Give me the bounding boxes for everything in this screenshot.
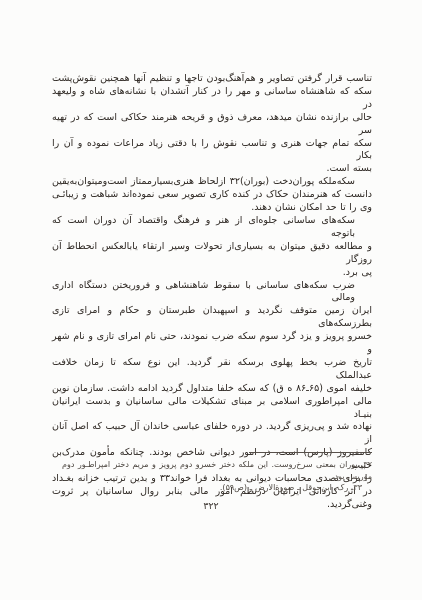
text-line: ۳۲ـ بوران بمعنی سرخ‌روست. این ملکه دختر …: [62, 459, 372, 471]
paragraph: سکه‌های ساسانی جلوه‌ای از هنر و فرهنگ وا…: [52, 215, 372, 280]
footnote-separator: [249, 452, 372, 453]
page-number: ۳۲۲: [0, 501, 422, 512]
text-line: سکه‌های ساسانی جلوه‌ای از هنر و فرهنگ وا…: [52, 215, 372, 241]
text-line: سکه‌ملکه پوران‌دخت (بوران)۳۲ ازلحاظ هنری…: [52, 176, 372, 189]
text-line: ۳۳ـ رک. ابن‌حوقل ـ صورةالارض ـ (ص‌۵۹).: [62, 482, 372, 494]
text-line: مالی امپراطوری اسلامی بر مبنای تشکیلات م…: [52, 396, 372, 422]
main-text: تناسب قرار گرفتن تصاویر و هم‌آهنگ‌بودن ت…: [52, 73, 372, 512]
text-line: سکه تمام جهات هنری و تناسب نقوش را با دق…: [52, 138, 372, 164]
text-line: ایران زمین متوقف نگردید و اسپهبدان طبرست…: [52, 305, 372, 331]
text-line: وی را تا حد امکان نشان دهند.: [52, 202, 372, 215]
text-line: نهاده شد و پی‌ریزی گردید. در دوره خلفای …: [52, 421, 372, 447]
text-line: پی برد.: [52, 267, 372, 280]
text-line: خلیفه اموی (۶۵ـ۸۶ ه ق) که سکه خلفا متداو…: [52, 383, 372, 396]
text-line: تناسب قرار گرفتن تصاویر و هم‌آهنگ‌بودن ت…: [52, 73, 372, 86]
text-line: ضرب سکه‌های ساسانی با سقوط شاهنشاهی و فر…: [52, 280, 372, 306]
text-line: دانست که هنرمندان حکاک در کنده کاری تصوی…: [52, 189, 372, 202]
text-line: موریس بود.: [62, 471, 372, 483]
text-line: و مطالعه دقیق میتوان به بسیاری‌از تحولات…: [52, 241, 372, 267]
text-line: تاریخ ضرب بخط پهلوی برسکه نقر گردید. این…: [52, 357, 372, 383]
footnote: ۳۲ـ بوران بمعنی سرخ‌روست. این ملکه دختر …: [62, 459, 372, 482]
footnotes: ۳۲ـ بوران بمعنی سرخ‌روست. این ملکه دختر …: [62, 459, 372, 494]
book-page: تناسب قرار گرفتن تصاویر و هم‌آهنگ‌بودن ت…: [0, 0, 422, 600]
text-line: خسرو پرویز و یزد گرد سوم سکه ضرب نمودند،…: [52, 331, 372, 357]
text-line: بسته است.: [52, 163, 372, 176]
footnote: ۳۳ـ رک. ابن‌حوقل ـ صورةالارض ـ (ص‌۵۹).: [62, 482, 372, 494]
paragraph: سکه‌ملکه پوران‌دخت (بوران)۳۲ ازلحاظ هنری…: [52, 176, 372, 215]
paragraph: تناسب قرار گرفتن تصاویر و هم‌آهنگ‌بودن ت…: [52, 73, 372, 176]
text-line: سکه که شاهنشاه ساسانی و مهر را در کنار آ…: [52, 86, 372, 112]
text-line: حالی برازنده نشان میدهد، معرف ذوق و قریح…: [52, 112, 372, 138]
